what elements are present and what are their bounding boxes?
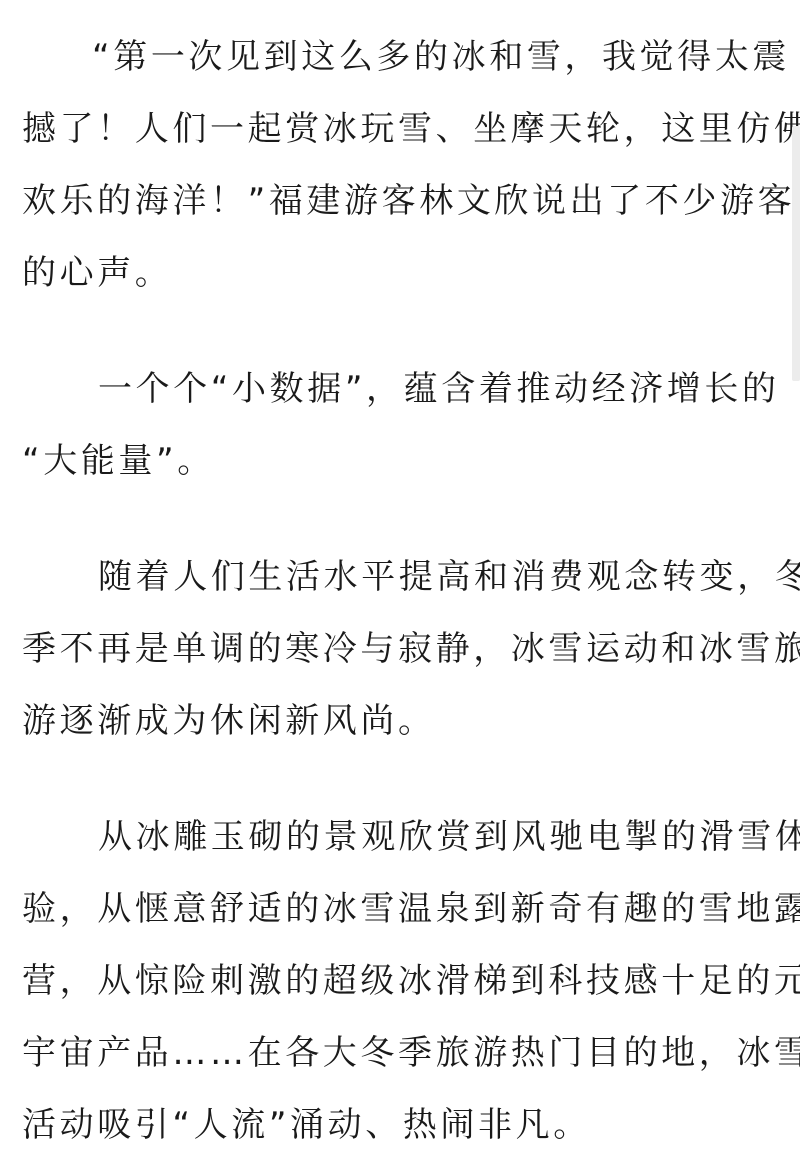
text-line: “第一次见到这么多的冰和雪，我觉得太震 bbox=[22, 21, 780, 93]
text-line: 一个个“小数据”，蕴含着推动经济增长的 bbox=[22, 353, 780, 425]
text-line: 游逐渐成为休闲新风尚。 bbox=[22, 685, 780, 757]
paragraph-winter-trend: 随着人们生活水平提高和消费观念转变，冬 季不再是单调的寒冷与寂静，冰雪运动和冰雪… bbox=[22, 541, 780, 757]
text-line: 验，从惬意舒适的冰雪温泉到新奇有趣的雪地露 bbox=[22, 873, 780, 945]
article-body: “第一次见到这么多的冰和雪，我觉得太震 撼了！人们一起赏冰玩雪、坐摩天轮，这里仿… bbox=[22, 21, 780, 1161]
text-line: “大能量”。 bbox=[22, 425, 780, 497]
text-line: 季不再是单调的寒冷与寂静，冰雪运动和冰雪旅 bbox=[22, 613, 780, 685]
text-line: 活动吸引“人流”涌动、热闹非凡。 bbox=[22, 1089, 780, 1161]
text-line: 撼了！人们一起赏冰玩雪、坐摩天轮，这里仿佛 bbox=[22, 93, 780, 165]
text-line: 欢乐的海洋！”福建游客林文欣说出了不少游客 bbox=[22, 165, 780, 237]
text-line: 营，从惊险刺激的超级冰滑梯到科技感十足的元 bbox=[22, 945, 780, 1017]
text-line: 宇宙产品……在各大冬季旅游热门目的地，冰雪 bbox=[22, 1017, 780, 1089]
paragraph-activities: 从冰雕玉砌的景观欣赏到风驰电掣的滑雪体 验，从惬意舒适的冰雪温泉到新奇有趣的雪地… bbox=[22, 801, 780, 1161]
text-line: 的心声。 bbox=[22, 237, 780, 309]
vertical-scrollbar[interactable] bbox=[792, 126, 800, 381]
paragraph-tourist-quote: “第一次见到这么多的冰和雪，我觉得太震 撼了！人们一起赏冰玩雪、坐摩天轮，这里仿… bbox=[22, 21, 780, 309]
text-line: 随着人们生活水平提高和消费观念转变，冬 bbox=[22, 541, 780, 613]
paragraph-small-data: 一个个“小数据”，蕴含着推动经济增长的 “大能量”。 bbox=[22, 353, 780, 497]
text-line: 从冰雕玉砌的景观欣赏到风驰电掣的滑雪体 bbox=[22, 801, 780, 873]
